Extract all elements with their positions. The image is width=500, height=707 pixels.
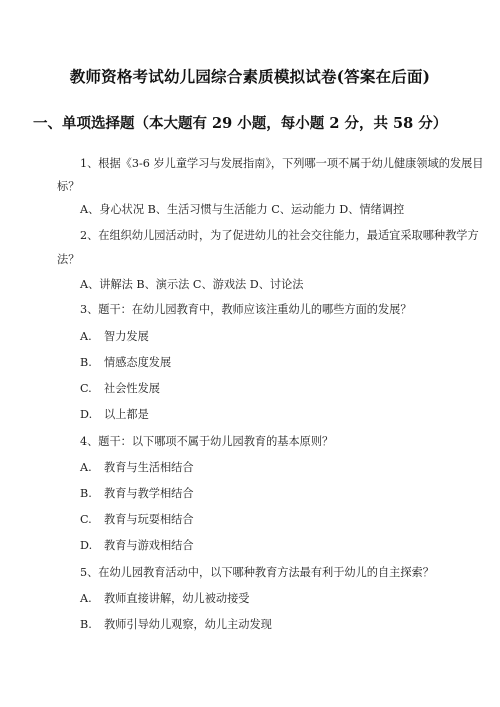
question-3-stem: 3、题干：在幼儿园教育中，教师应该注重幼儿的哪些方面的发展？ [80,303,412,317]
option-label: A. [80,461,104,475]
option-text: 情感态度发展 [104,356,171,369]
option-text: 教师引导幼儿观察，幼儿主动发现 [104,618,272,631]
question-1-options: A、身心状况 B、生活习惯与生活能力 C、运动能力 D、情绪调控 [80,203,404,217]
question-5-option-b: B.教师引导幼儿观察，幼儿主动发现 [80,618,272,632]
option-text: 教师直接讲解，幼儿被动接受 [104,592,249,605]
option-label: D. [80,408,104,422]
question-3-option-b: B.情感态度发展 [80,356,171,370]
question-2-stem: 2、在组织幼儿园活动时，为了促进幼儿的社会交往能力，最适宜采取哪种教学方 [80,229,479,243]
question-5-stem: 5、在幼儿园教育活动中，以下哪种教育方法最有利于幼儿的自主探索？ [80,566,434,580]
question-2-stem-cont: 法？ [57,253,79,267]
option-text: 智力发展 [104,330,149,343]
document-title: 教师资格考试幼儿园综合素质模拟试卷(答案在后面) [0,65,500,87]
option-text: 教育与生活相结合 [104,461,194,474]
option-text: 社会性发展 [104,382,160,395]
question-5-option-a: A.教师直接讲解，幼儿被动接受 [80,592,249,606]
question-4-stem: 4、题干：以下哪项不属于幼儿园教育的基本原则？ [80,435,333,449]
option-text: 教育与玩耍相结合 [104,513,194,526]
question-3-option-d: D.以上都是 [80,408,149,422]
option-text: 教育与游戏相结合 [104,539,194,552]
question-2-options: A、讲解法 B、演示法 C、游戏法 D、讨论法 [80,278,304,292]
question-1-stem: 1、根据《3-6 岁儿童学习与发展指南》，下列哪一项不属于幼儿健康领域的发展目 [80,157,483,171]
option-label: B. [80,487,104,501]
question-4-option-a: A.教育与生活相结合 [80,461,194,475]
option-label: A. [80,592,104,606]
question-1-stem-cont: 标？ [57,180,79,194]
section-heading: 一、单项选择题（本大题有 29 小题，每小题 2 分，共 58 分） [33,112,447,133]
option-label: B. [80,356,104,370]
question-4-option-c: C.教育与玩耍相结合 [80,513,194,527]
option-text: 以上都是 [104,408,149,421]
document-page: 教师资格考试幼儿园综合素质模拟试卷(答案在后面) 一、单项选择题（本大题有 29… [0,0,500,707]
option-label: D. [80,539,104,553]
option-label: A. [80,330,104,344]
option-label: C. [80,513,104,527]
option-label: B. [80,618,104,632]
question-3-option-a: A.智力发展 [80,330,149,344]
option-text: 教育与教学相结合 [104,487,194,500]
question-3-option-c: C.社会性发展 [80,382,160,396]
question-4-option-d: D.教育与游戏相结合 [80,539,194,553]
option-label: C. [80,382,104,396]
question-4-option-b: B.教育与教学相结合 [80,487,194,501]
